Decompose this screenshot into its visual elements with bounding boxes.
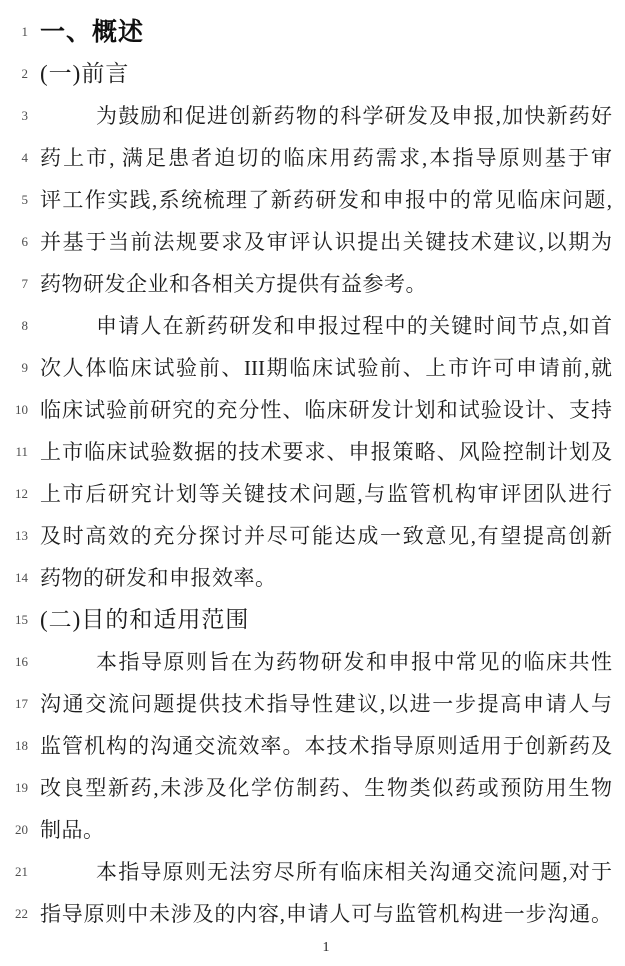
document-line: 1 一、概述 [0, 11, 625, 53]
document-line: 21 本指导原则无法穷尽所有临床相关沟通交流问题,对于 [0, 851, 625, 893]
page-footer: 1 [40, 935, 612, 963]
document-line: 9 次人体临床试验前、III期临床试验前、上市许可申请前,就 [0, 347, 625, 389]
body-line-text: 并基于当前法规要求及审评认识提出关键技术建议,以期为 [40, 221, 612, 263]
line-number: 8 [0, 305, 28, 347]
body-line-text: 评工作实践,系统梳理了新药研发和申报中的常见临床问题, [40, 179, 612, 221]
line-number: 12 [0, 473, 28, 515]
document-line: 10 临床试验前研究的充分性、临床研发计划和试验设计、支持 [0, 389, 625, 431]
body-line-text: 监管机构的沟通交流效率。本技术指导原则适用于创新药及 [40, 725, 612, 767]
line-number: 13 [0, 515, 28, 557]
document-line: 17 沟通交流问题提供技术指导性建议,以进一步提高申请人与 [0, 683, 625, 725]
body-line-text: 药物的研发和申报效率。 [40, 557, 612, 599]
document-line: 20 制品。 [0, 809, 625, 851]
line-number: 17 [0, 683, 28, 725]
document-line: 2 (一)前言 [0, 53, 625, 95]
line-number: 2 [0, 53, 28, 95]
document-line: 16 本指导原则旨在为药物研发和申报中常见的临床共性 [0, 641, 625, 683]
line-number: 21 [0, 851, 28, 893]
line-number: 15 [0, 599, 28, 641]
line-number: 1 [0, 11, 28, 53]
line-number: 19 [0, 767, 28, 809]
line-number: 22 [0, 893, 28, 935]
body-line-text: 申请人在新药研发和申报过程中的关键时间节点,如首 [40, 305, 612, 347]
document-line: 5 评工作实践,系统梳理了新药研发和申报中的常见临床问题, [0, 179, 625, 221]
body-line-text: 次人体临床试验前、III期临床试验前、上市许可申请前,就 [40, 347, 612, 389]
document-line: 13 及时高效的充分探讨并尽可能达成一致意见,有望提高创新 [0, 515, 625, 557]
line-number: 7 [0, 263, 28, 305]
body-line-text: 指导原则中未涉及的内容,申请人可与监管机构进一步沟通。 [40, 893, 612, 935]
body-line-text: 药物研发企业和各相关方提供有益参考。 [40, 263, 612, 305]
document-line: 18 监管机构的沟通交流效率。本技术指导原则适用于创新药及 [0, 725, 625, 767]
document-page: 1 一、概述 2 (一)前言 3 为鼓励和促进创新药物的科学研发及申报,加快新药… [0, 0, 625, 966]
body-line-text: 及时高效的充分探讨并尽可能达成一致意见,有望提高创新 [40, 515, 612, 557]
document-line: 19 改良型新药,未涉及化学仿制药、生物类似药或预防用生物 [0, 767, 625, 809]
body-line-text: 药上市, 满足患者迫切的临床用药需求,本指导原则基于审 [40, 137, 612, 179]
subsection-heading: (二)目的和适用范围 [40, 599, 612, 641]
subsection-heading: (一)前言 [40, 53, 612, 95]
document-line: 15 (二)目的和适用范围 [0, 599, 625, 641]
body-line-text: 改良型新药,未涉及化学仿制药、生物类似药或预防用生物 [40, 767, 612, 809]
document-line: 3 为鼓励和促进创新药物的科学研发及申报,加快新药好 [0, 95, 625, 137]
body-line-text: 本指导原则无法穷尽所有临床相关沟通交流问题,对于 [40, 851, 612, 893]
document-line: 4 药上市, 满足患者迫切的临床用药需求,本指导原则基于审 [0, 137, 625, 179]
body-line-text: 上市后研究计划等关键技术问题,与监管机构审评团队进行 [40, 473, 612, 515]
line-number: 5 [0, 179, 28, 221]
body-line-text: 沟通交流问题提供技术指导性建议,以进一步提高申请人与 [40, 683, 612, 725]
document-line: 14 药物的研发和申报效率。 [0, 557, 625, 599]
line-number: 4 [0, 137, 28, 179]
body-line-text: 临床试验前研究的充分性、临床研发计划和试验设计、支持 [40, 389, 612, 431]
section-heading: 一、概述 [40, 11, 612, 53]
line-number: 3 [0, 95, 28, 137]
line-number: 16 [0, 641, 28, 683]
line-number: 18 [0, 725, 28, 767]
line-number: 14 [0, 557, 28, 599]
document-line: 7 药物研发企业和各相关方提供有益参考。 [0, 263, 625, 305]
line-number: 6 [0, 221, 28, 263]
document-line: 22 指导原则中未涉及的内容,申请人可与监管机构进一步沟通。 [0, 893, 625, 935]
document-line: 12 上市后研究计划等关键技术问题,与监管机构审评团队进行 [0, 473, 625, 515]
document-line: 6 并基于当前法规要求及审评认识提出关键技术建议,以期为 [0, 221, 625, 263]
body-line-text: 制品。 [40, 809, 612, 851]
line-number: 11 [0, 431, 28, 473]
line-number: 9 [0, 347, 28, 389]
document-line: 8 申请人在新药研发和申报过程中的关键时间节点,如首 [0, 305, 625, 347]
body-line-text: 本指导原则旨在为药物研发和申报中常见的临床共性 [40, 641, 612, 683]
body-line-text: 上市临床试验数据的技术要求、申报策略、风险控制计划及 [40, 431, 612, 473]
document-line: 11 上市临床试验数据的技术要求、申报策略、风险控制计划及 [0, 431, 625, 473]
line-number: 20 [0, 809, 28, 851]
body-line-text: 为鼓励和促进创新药物的科学研发及申报,加快新药好 [40, 95, 612, 137]
page-number: 1 [323, 940, 330, 955]
line-number: 10 [0, 389, 28, 431]
